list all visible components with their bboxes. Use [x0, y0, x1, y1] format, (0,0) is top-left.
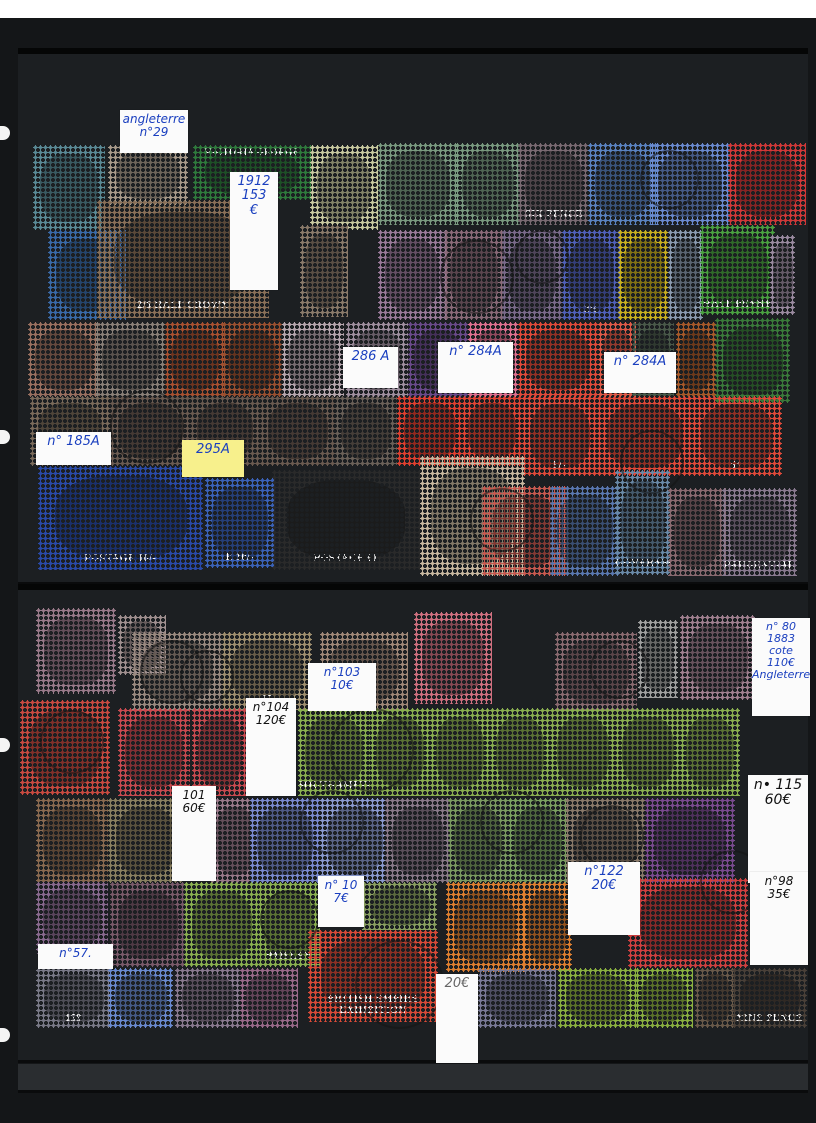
stamp-portrait	[496, 717, 544, 787]
stamp-portrait	[701, 404, 773, 468]
stamp-portrait	[305, 234, 343, 308]
stamp-inscription: POSTAGE 10/-	[38, 553, 203, 564]
stamp-portrait	[680, 330, 712, 390]
postmark-cancel	[640, 150, 699, 209]
stamp	[385, 798, 450, 883]
price-label-122: n°122 20€	[568, 862, 640, 935]
stamp	[522, 882, 572, 972]
stamp	[446, 882, 524, 972]
stamp-portrait	[287, 480, 405, 560]
postmark-cancel	[330, 708, 414, 792]
stamp	[222, 322, 282, 397]
stamp-portrait	[182, 974, 235, 1022]
stamp-inscription: PRUDENTIAL	[722, 560, 797, 571]
stamp: POSTACE £1	[272, 470, 420, 570]
price-label-104: n°104 120€	[246, 698, 296, 796]
stamp-portrait	[40, 154, 98, 222]
stamp: E 10/-	[205, 478, 275, 568]
price-label-20: 20€	[436, 974, 478, 1063]
stamp: SIX PENCE	[518, 143, 590, 225]
price-label-80: n° 80 1883 cote 110€ Angleterre	[752, 618, 810, 716]
stamp-portrait	[526, 330, 590, 390]
stamp	[668, 230, 703, 320]
stamp-portrait	[228, 330, 276, 390]
stamp	[310, 145, 378, 230]
stamp-inscription: 5/-	[692, 460, 782, 471]
stamp	[618, 230, 670, 320]
stamp-portrait	[708, 234, 768, 306]
stamp	[715, 318, 790, 403]
price-label-101: 101 60€	[172, 786, 216, 881]
stamp-portrait	[557, 495, 613, 567]
price-label-10x: n° 10 7€	[318, 876, 364, 927]
stamp	[695, 968, 735, 1028]
stamp-portrait	[43, 889, 101, 947]
stamp-portrait	[192, 891, 252, 959]
stamp	[110, 882, 185, 967]
stamp	[676, 322, 716, 397]
stamp-portrait	[723, 327, 783, 395]
stamp	[165, 322, 225, 397]
stamp-portrait	[386, 151, 450, 217]
stamp: PRUDENTIAL	[722, 488, 797, 576]
stamp: POSTAGE 10/-	[38, 466, 203, 570]
stamp-inscription: 5/-	[522, 460, 597, 471]
stamp-portrait	[341, 403, 391, 459]
stamp-portrait	[370, 887, 430, 925]
stamp-portrait	[118, 891, 178, 959]
stamp	[335, 396, 397, 466]
price-label-115: n• 115 60€	[748, 775, 808, 883]
stamp	[108, 145, 188, 205]
stamp-portrait	[44, 617, 108, 686]
stamp-inscription: 2½	[562, 304, 620, 315]
stamp-portrait	[773, 243, 793, 307]
stamp	[240, 968, 298, 1028]
binder-hole	[0, 126, 10, 140]
stamp-portrait	[699, 974, 731, 1022]
stamp-portrait	[641, 974, 687, 1022]
postmark-cancel	[590, 640, 649, 699]
stamp	[108, 968, 173, 1028]
stamp-portrait	[392, 807, 444, 875]
postmark-cancel	[40, 710, 104, 774]
stamp	[36, 798, 108, 883]
stamp: 2½	[562, 230, 620, 320]
stamp	[378, 143, 458, 225]
stamp-portrait	[246, 974, 292, 1022]
stamp-portrait	[115, 974, 167, 1022]
stamp	[260, 396, 335, 466]
stamp-portrait	[212, 487, 268, 559]
binder-hole	[0, 738, 10, 752]
stamp-portrait	[730, 497, 790, 567]
stamp	[175, 968, 241, 1028]
stamp	[184, 882, 259, 967]
postmark-cancel	[300, 790, 364, 854]
postmark-cancel	[470, 488, 534, 552]
stamp-portrait	[566, 974, 628, 1022]
stamp-portrait	[686, 717, 734, 787]
stamp	[300, 225, 348, 317]
stamp-portrait	[116, 151, 180, 199]
price-label-284a-1: n° 284A	[438, 342, 513, 393]
price-label-286a: 286 A	[343, 347, 398, 388]
stamp	[118, 708, 190, 796]
stamp-portrait	[557, 717, 609, 787]
stamp-portrait	[422, 621, 484, 695]
postmark-cancel	[110, 390, 184, 464]
stamp-portrait	[404, 403, 456, 459]
stamp-portrait	[525, 151, 583, 217]
stamp-portrait	[43, 807, 101, 875]
stamp-inscription: 159	[36, 1013, 111, 1024]
stamp-portrait	[317, 154, 371, 222]
stamp-portrait	[527, 891, 567, 963]
stamp-inscription: 2/6 HALF CROWN	[97, 300, 269, 311]
stamp-portrait	[116, 807, 176, 875]
stamp	[635, 968, 693, 1028]
stamp-portrait	[623, 239, 665, 311]
stamp-portrait	[568, 239, 614, 311]
stamp	[362, 882, 437, 930]
stamp: 5/-	[692, 396, 782, 476]
stamp-inscription: SIX PENCE	[518, 209, 590, 220]
stamp-portrait	[198, 717, 242, 787]
stamp	[558, 968, 636, 1028]
price-label-284a-2: n° 284A	[604, 352, 676, 393]
stamp	[550, 708, 615, 796]
stamp-portrait	[35, 330, 93, 390]
stamp-portrait	[462, 151, 514, 217]
postmark-cancel	[440, 240, 514, 314]
stamp-inscription: GOVERNMENT	[615, 558, 670, 569]
stamp-portrait	[468, 403, 516, 459]
stamp-portrait	[171, 330, 219, 390]
postmark-cancel	[355, 940, 444, 1029]
stamp: NINE PENCE	[732, 968, 807, 1028]
postmark-cancel	[260, 890, 319, 949]
stamp	[680, 708, 740, 796]
postmark-cancel	[580, 805, 644, 869]
stamp-portrait	[125, 717, 183, 787]
stamp	[378, 230, 446, 320]
stamp	[414, 612, 492, 704]
stamp-portrait	[385, 239, 439, 311]
stamp-portrait	[688, 624, 748, 692]
stamp-portrait	[736, 151, 798, 217]
stamp	[728, 143, 806, 225]
stamp-portrait	[486, 974, 548, 1022]
stamp-portrait	[454, 891, 516, 963]
price-label-57: n°57.	[38, 944, 113, 969]
stamp-inscription: NINE PENCE	[732, 1013, 807, 1024]
stamp	[615, 708, 680, 796]
album-page: VICTORIA GEORGESIX PENCE2/6 HALF CROWN2½…	[0, 18, 816, 1123]
stamp	[770, 235, 795, 315]
stamp: 5/-	[522, 396, 597, 476]
stamp	[192, 708, 247, 796]
stamp-portrait	[622, 717, 674, 787]
strip-bottom	[18, 1064, 808, 1093]
stamp	[33, 145, 105, 230]
stamp	[36, 608, 116, 694]
stamp	[478, 968, 556, 1028]
postmark-cancel	[140, 640, 204, 704]
stamp	[668, 488, 726, 576]
stamp	[550, 486, 620, 576]
stamp	[518, 322, 598, 397]
stamp	[95, 322, 167, 397]
binder-hole	[0, 430, 10, 444]
stamp-portrait	[288, 330, 338, 390]
stamp: 159	[36, 968, 111, 1028]
stamp-portrait	[436, 717, 484, 787]
stamp	[430, 708, 490, 796]
stamp	[282, 322, 344, 397]
price-label-185a: n° 185A	[36, 432, 111, 465]
stamp-portrait	[268, 403, 328, 459]
postmark-cancel	[480, 790, 544, 854]
price-label-angleterre-29: angleterre n°29	[120, 110, 188, 153]
price-label-295a: 295A	[182, 440, 244, 477]
stamp-portrait	[530, 404, 590, 468]
stamp-portrait	[231, 640, 303, 702]
postmark-cancel	[620, 430, 684, 494]
price-label-1912-153: 1912 153 €	[230, 172, 278, 290]
stamp-inscription: VICTORIA GEORGE	[193, 147, 311, 157]
stamp	[680, 615, 755, 700]
stamp-portrait	[672, 239, 700, 311]
stamp-inscription: HALF PENNY	[700, 299, 775, 310]
stamp	[490, 708, 550, 796]
stamp-portrait	[215, 807, 255, 875]
stamp-portrait	[674, 497, 720, 567]
stamp-portrait	[102, 330, 160, 390]
stamp	[28, 322, 100, 397]
stamp-inscription: E 10/-	[205, 552, 275, 563]
price-label-103: n°103 10€	[308, 663, 376, 711]
binder-hole	[0, 1028, 10, 1042]
stamp: HALF PENNY	[700, 225, 775, 315]
price-label-98: n°98 35€	[750, 872, 808, 965]
stamp-portrait	[55, 476, 187, 559]
stamp-inscription: POSTACE £1	[272, 553, 420, 564]
stamp	[455, 143, 520, 225]
postmark-cancel	[515, 230, 569, 284]
